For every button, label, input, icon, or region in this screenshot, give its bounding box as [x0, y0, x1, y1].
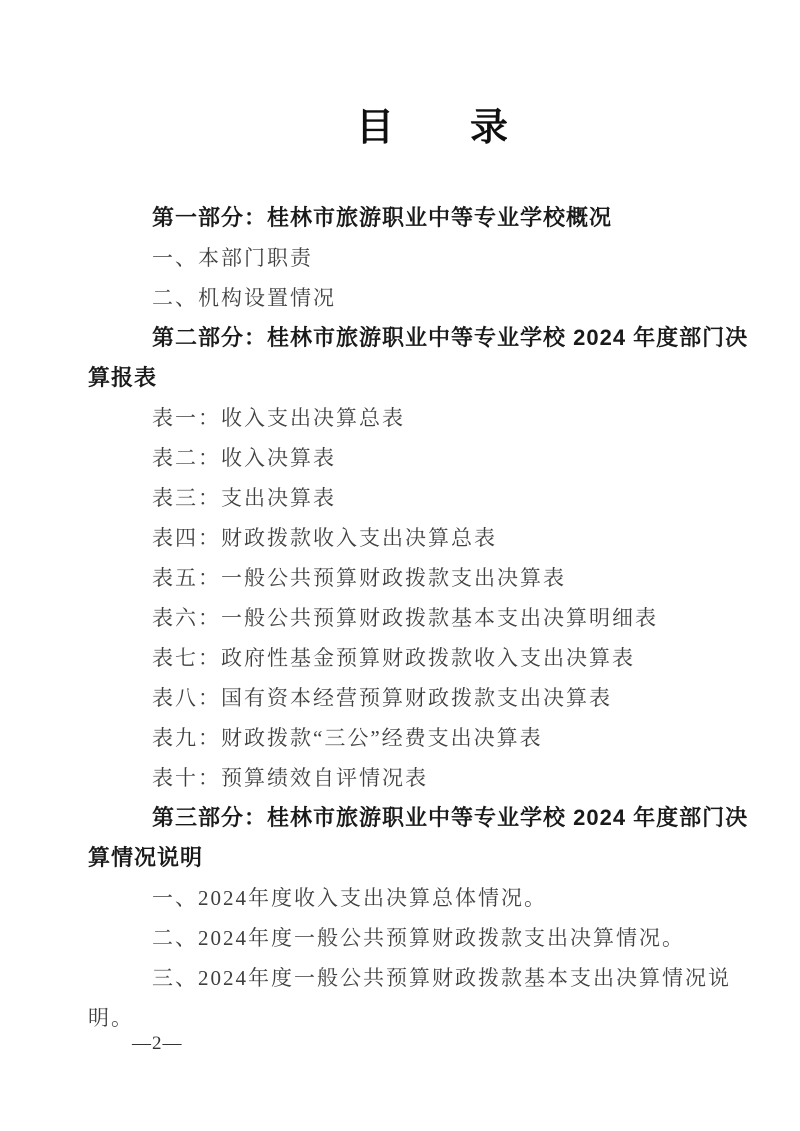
toc-item-line: 表七：政府性基金预算财政拨款收入支出决算表 — [88, 638, 705, 678]
toc-item-line: 表八：国有资本经营预算财政拨款支出决算表 — [88, 678, 705, 718]
document-page: 目 录 第一部分：桂林市旅游职业中等专业学校概况一、本部门职责二、机构设置情况第… — [0, 0, 800, 1131]
toc-heading-line: 第二部分：桂林市旅游职业中等专业学校 2024 年度部门决 — [88, 318, 705, 358]
toc-item-line: 二、机构设置情况 — [88, 278, 705, 318]
toc-item-line: 一、本部门职责 — [88, 238, 705, 278]
page-number: —2— — [132, 1033, 183, 1055]
toc-item-line: 表四：财政拨款收入支出决算总表 — [88, 518, 705, 558]
page-title: 目 录 — [0, 106, 800, 150]
toc-item-line: 二、2024年度一般公共预算财政拨款支出决算情况。 — [88, 918, 705, 958]
toc-item-line: 表十：预算绩效自评情况表 — [88, 758, 705, 798]
toc-item-line: 表五：一般公共预算财政拨款支出决算表 — [88, 558, 705, 598]
toc-item-line: 表二：收入决算表 — [88, 438, 705, 478]
toc-heading-line: 算情况说明 — [88, 838, 705, 878]
toc-list: 第一部分：桂林市旅游职业中等专业学校概况一、本部门职责二、机构设置情况第二部分：… — [88, 198, 705, 1038]
toc-item-line: 明。 — [88, 998, 705, 1038]
toc-heading-line: 第三部分：桂林市旅游职业中等专业学校 2024 年度部门决 — [88, 798, 705, 838]
toc-heading-line: 第一部分：桂林市旅游职业中等专业学校概况 — [88, 198, 705, 238]
toc-item-line: 表六：一般公共预算财政拨款基本支出决算明细表 — [88, 598, 705, 638]
toc-item-line: 一、2024年度收入支出决算总体情况。 — [88, 878, 705, 918]
toc-item-line: 表九：财政拨款“三公”经费支出决算表 — [88, 718, 705, 758]
toc-heading-line: 算报表 — [88, 358, 705, 398]
toc-item-line: 表三：支出决算表 — [88, 478, 705, 518]
toc-item-line: 表一：收入支出决算总表 — [88, 398, 705, 438]
toc-item-line: 三、2024年度一般公共预算财政拨款基本支出决算情况说 — [88, 958, 705, 998]
